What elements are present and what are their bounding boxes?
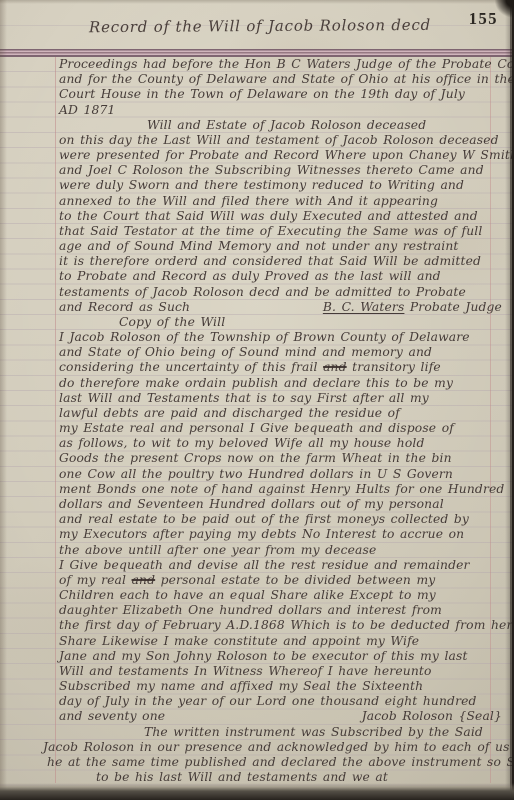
page-title: Record of the Will of Jacob Roloson decd: [88, 16, 432, 36]
manuscript-line: and Joel C Roloson the Subscribing Witne…: [59, 163, 502, 178]
manuscript-line: my Estate real and personal I Give beque…: [59, 421, 502, 436]
manuscript-line: the first day of February A.D.1868 Which…: [59, 618, 502, 633]
manuscript-line: that Said Testator at the time of Execut…: [59, 224, 502, 239]
manuscript-line: day of July in the year of our Lord one …: [59, 694, 502, 709]
manuscript-line: dollars and Seventeen Hundred dollars ou…: [59, 497, 502, 512]
manuscript-line: the above untill after one year from my …: [59, 543, 502, 558]
manuscript-line: Copy of the Will: [119, 315, 502, 330]
scan-edge-top: [0, 0, 514, 4]
manuscript-line: daughter Elizabeth One hundred dollars a…: [59, 603, 502, 618]
manuscript-line: AD 1871: [59, 103, 502, 118]
manuscript-line: Subscribed my name and affixed my Seal t…: [59, 679, 502, 694]
manuscript-line: Share Likewise I make constitute and app…: [59, 634, 502, 649]
scan-edge-bottom: [0, 783, 514, 800]
manuscript-line: Court House in the Town of Delaware on t…: [59, 87, 502, 102]
manuscript-line: Goods the present Crops now on the farm …: [59, 451, 502, 466]
manuscript-line: and Record as SuchB. C. Waters Probate J…: [59, 300, 502, 315]
manuscript-lines: Proceedings had before the Hon B C Water…: [59, 57, 502, 785]
manuscript-line: testaments of Jacob Roloson decd and be …: [59, 285, 502, 300]
manuscript-line: my Executors after paying my debts No In…: [59, 527, 502, 542]
scan-corner-top-right: [494, 0, 514, 22]
manuscript-line: I Give bequeath and devise all the rest …: [59, 558, 502, 573]
manuscript-line: and seventy oneJacob Roloson {Seal}: [59, 709, 502, 724]
manuscript-line: Jacob Roloson in our presence and acknow…: [43, 740, 502, 755]
manuscript-line: annexed to the Will and filed there with…: [59, 194, 502, 209]
manuscript-line: of my real and personal estate to be div…: [59, 573, 502, 588]
manuscript-line: to Probate and Record as duly Proved as …: [59, 269, 502, 284]
manuscript-line: Children each to have an equal Share ali…: [59, 588, 502, 603]
manuscript-line: and for the County of Delaware and State…: [59, 72, 502, 87]
manuscript-line: Will and Estate of Jacob Roloson decease…: [147, 118, 502, 133]
manuscript-line: on this day the Last Will and testament …: [59, 133, 502, 148]
ledger-page-scan: 155 Record of the Will of Jacob Roloson …: [0, 0, 514, 800]
header-double-rule: [0, 49, 514, 57]
manuscript-line: last Will and Testaments that is to say …: [59, 391, 502, 406]
manuscript-line: age and of Sound Mind Memory and not und…: [59, 239, 502, 254]
manuscript-line: lawful debts are paid and discharged the…: [59, 406, 502, 421]
manuscript-line: as follows, to wit to my beloved Wife al…: [59, 436, 502, 451]
manuscript-line: one Cow all the poultry two Hundred doll…: [59, 467, 502, 482]
scan-edge-left: [0, 0, 7, 800]
manuscript-line: it is therefore orderd and considered th…: [59, 254, 502, 269]
manuscript-line: do therefore make ordain publish and dec…: [59, 376, 502, 391]
scan-edge-right: [505, 0, 514, 800]
left-margin-line: [55, 57, 56, 783]
manuscript-line: and real estate to be paid out of the fi…: [59, 512, 502, 527]
manuscript-line: Proceedings had before the Hon B C Water…: [59, 57, 502, 72]
manuscript-line: to the Court that Said Will was duly Exe…: [59, 209, 502, 224]
manuscript-line: he at the same time published and declar…: [47, 755, 502, 770]
manuscript-line: and State of Ohio being of Sound mind an…: [59, 345, 502, 360]
manuscript-line: Jane and my Son Johny Roloson to be exec…: [59, 649, 502, 664]
manuscript-line: were duly Sworn and there testimony redu…: [59, 178, 502, 193]
manuscript-line: The written instrument was Subscribed by…: [144, 725, 502, 740]
manuscript-line: were presented for Probate and Record Wh…: [59, 148, 502, 163]
manuscript-line: Will and testaments In Witness Whereof I…: [59, 664, 502, 679]
manuscript-line: I Jacob Roloson of the Township of Brown…: [59, 330, 502, 345]
manuscript-line: ment Bonds one note of hand against Henr…: [59, 482, 502, 497]
manuscript-line: considering the uncertainty of this frai…: [59, 360, 502, 375]
